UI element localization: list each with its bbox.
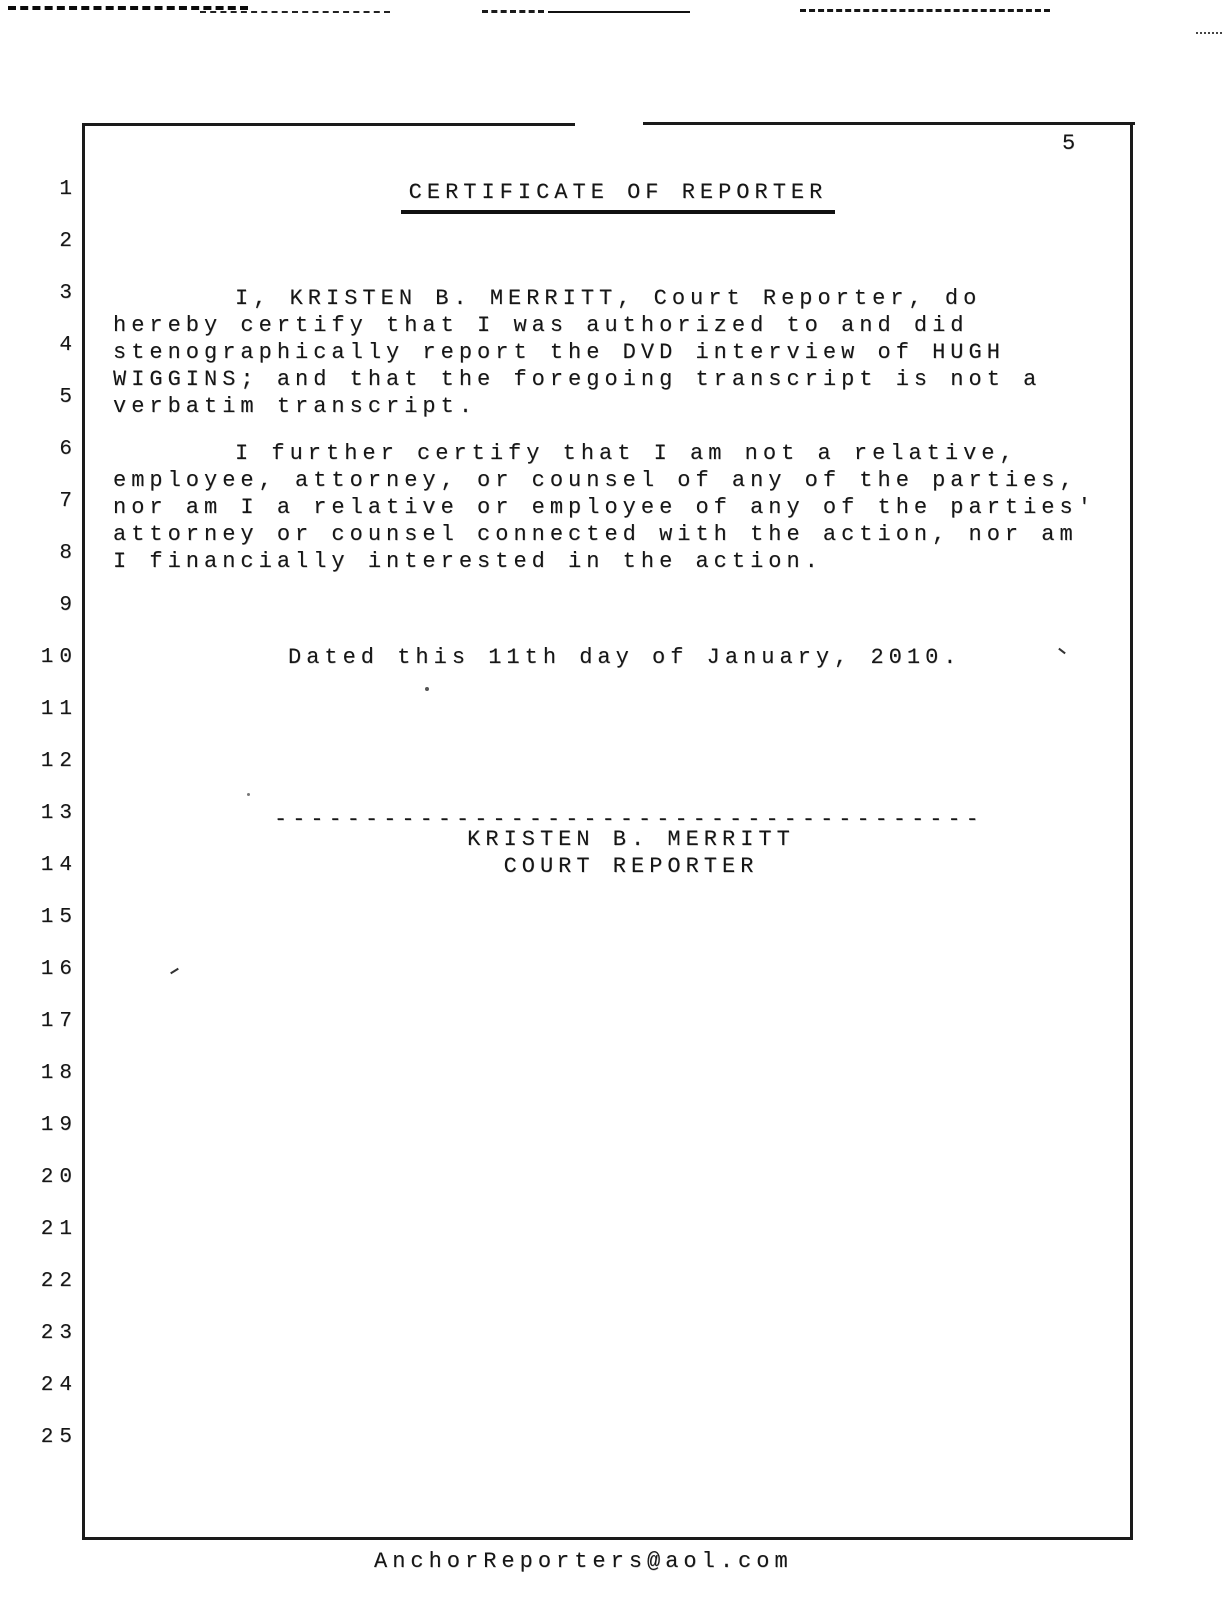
scan-artifact-line — [8, 6, 248, 10]
reporter-title: COURT REPORTER — [276, 854, 986, 879]
line-number: 14 — [18, 853, 78, 879]
line-number: 16 — [18, 957, 78, 983]
line-number: 5 — [18, 385, 78, 411]
paragraph-line: I further certify that I am not a relati… — [113, 440, 1173, 467]
line-number: 6 — [18, 437, 78, 463]
reporter-name: KRISTEN B. MERRITT — [276, 827, 986, 852]
paragraph-line: hereby certify that I was authorized to … — [113, 312, 1173, 339]
line-number: 7 — [18, 489, 78, 515]
line-number: 10 — [18, 645, 78, 671]
line-number: 3 — [18, 281, 78, 307]
line-number: 19 — [18, 1113, 78, 1139]
line-number: 13 — [18, 801, 78, 827]
line-number: 9 — [18, 593, 78, 619]
scan-artifact-line — [200, 11, 390, 13]
line-number: 15 — [18, 905, 78, 931]
line-number: 22 — [18, 1269, 78, 1295]
scan-artifact-line — [482, 10, 544, 13]
scan-artifact-line — [1196, 32, 1222, 34]
paragraph-line: stenographically report the DVD intervie… — [113, 339, 1173, 366]
line-number: 11 — [18, 697, 78, 723]
scan-speck — [1058, 648, 1066, 655]
line-number: 12 — [18, 749, 78, 775]
paragraph-line: I, KRISTEN B. MERRITT, Court Reporter, d… — [113, 285, 1173, 312]
page-number: 5 — [1062, 131, 1080, 156]
paragraph-line: nor am I a relative or employee of any o… — [113, 494, 1173, 521]
paragraph-line: verbatim transcript. — [113, 393, 1173, 420]
line-number: 25 — [18, 1425, 78, 1451]
scan-speck — [247, 793, 250, 796]
line-number: 21 — [18, 1217, 78, 1243]
title-row: CERTIFICATE OF REPORTER — [113, 180, 1123, 214]
paragraph-line: employee, attorney, or counsel of any of… — [113, 467, 1173, 494]
line-number: 20 — [18, 1165, 78, 1191]
certificate-paragraph-1: I, KRISTEN B. MERRITT, Court Reporter, d… — [113, 285, 1173, 420]
line-number: 17 — [18, 1009, 78, 1035]
page-border-top-right — [643, 122, 1135, 125]
line-number: 18 — [18, 1061, 78, 1087]
line-number: 23 — [18, 1321, 78, 1347]
scanned-transcript-page: 5 1 2 3 4 5 6 7 8 9 10 11 12 13 14 15 16… — [0, 0, 1225, 1615]
line-number: 2 — [18, 229, 78, 255]
footer-email: AnchorReporters@aol.com — [374, 1549, 793, 1574]
line-number: 8 — [18, 541, 78, 567]
paragraph-line: WIGGINS; and that the foregoing transcri… — [113, 366, 1173, 393]
paragraph-line: attorney or counsel connected with the a… — [113, 521, 1173, 548]
scan-speck — [425, 687, 429, 691]
page-border-top-left — [82, 123, 575, 126]
line-number: 1 — [18, 177, 78, 203]
certificate-title: CERTIFICATE OF REPORTER — [401, 180, 836, 214]
scan-artifact-line — [548, 11, 690, 13]
line-number: 4 — [18, 333, 78, 359]
page-border-bottom — [82, 1537, 1133, 1540]
scan-artifact-line — [800, 9, 1050, 12]
line-number: 24 — [18, 1373, 78, 1399]
certificate-paragraph-2: I further certify that I am not a relati… — [113, 440, 1173, 575]
paragraph-line: I financially interested in the action. — [113, 548, 1173, 575]
dated-line: Dated this 11th day of January, 2010. — [288, 645, 961, 670]
page-border-left — [82, 123, 85, 1540]
scan-speck — [170, 968, 179, 974]
